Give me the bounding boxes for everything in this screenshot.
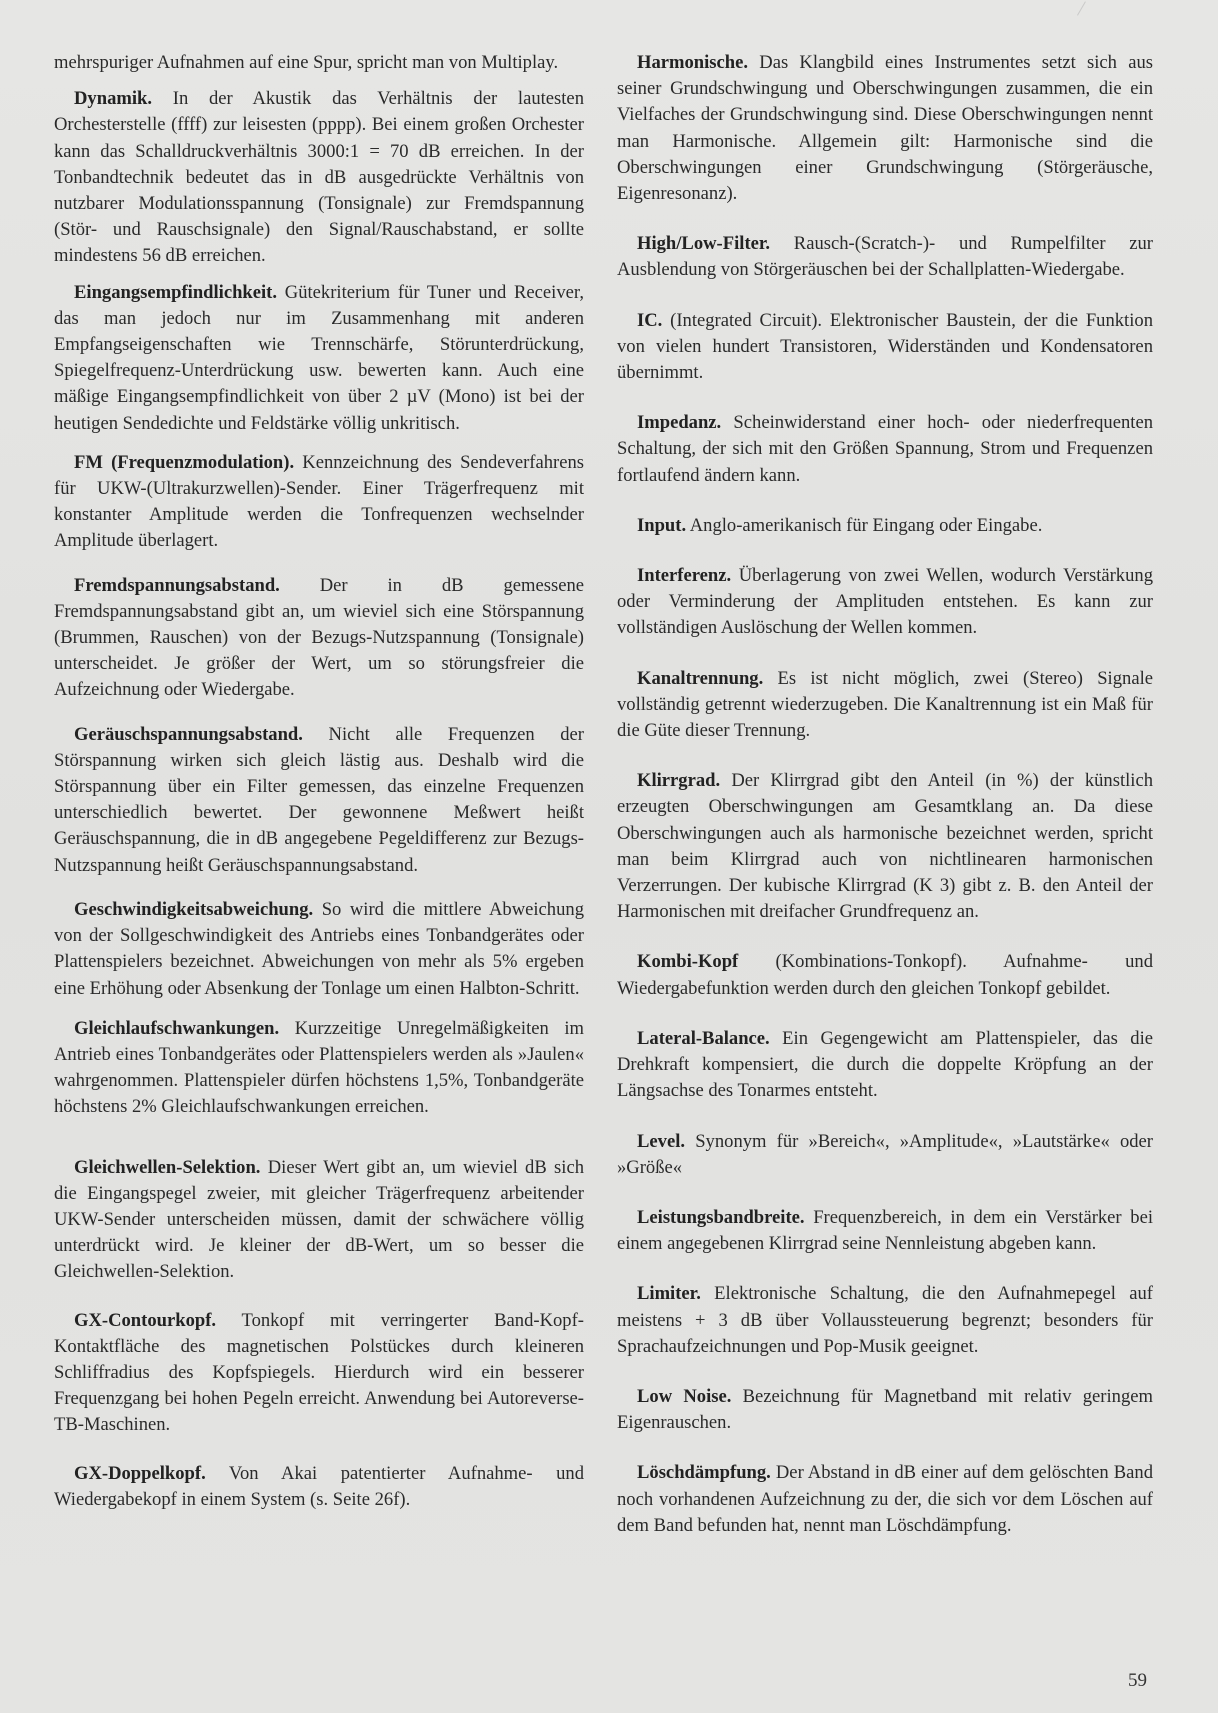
glossary-entry-fremdspannungsabstand: Fremdspannungsabstand. Der in dB gemesse… [54, 573, 584, 704]
glossary-entry-gleichwellen-selektion: Gleichwellen-Selektion. Dieser Wert gibt… [54, 1155, 584, 1286]
glossary-entry-impedanz: Impedanz. Scheinwiderstand einer hoch- o… [617, 410, 1153, 489]
entry-term: Limiter. [637, 1283, 701, 1304]
entry-text: Der Klirrgrad gibt den Anteil (in %) der… [617, 770, 1153, 922]
entry-text: mehrspuriger Aufnahmen auf eine Spur, sp… [54, 52, 558, 73]
glossary-entry-kombi-kopf: Kombi-Kopf (Kombinations-Tonkopf). Aufna… [617, 949, 1153, 1001]
glossary-entry-interferenz: Interferenz. Überlagerung von zwei Welle… [617, 563, 1153, 642]
entry-term: Klirrgrad. [637, 770, 720, 791]
entry-term: Dynamik. [74, 88, 152, 109]
entry-text: In der Akustik das Verhältnis der lautes… [54, 88, 584, 266]
glossary-entry-multiplay-continuation: mehrspuriger Aufnahmen auf eine Spur, sp… [54, 50, 584, 76]
entry-term: Löschdämpfung. [637, 1462, 771, 1483]
entry-term: IC. [637, 310, 662, 331]
pencil-mark [1077, 1, 1098, 22]
glossary-entry-high-low-filter: High/Low-Filter. Rausch-(Scratch-)- und … [617, 231, 1153, 283]
entry-term: Fremdspannungsabstand. [74, 575, 280, 596]
glossary-entry-leistungsbandbreite: Leistungsbandbreite. Frequenzbereich, in… [617, 1205, 1153, 1257]
entry-text: Das Klangbild eines Instrumentes setzt s… [617, 52, 1153, 204]
glossary-entry-klirrgrad: Klirrgrad. Der Klirrgrad gibt den Anteil… [617, 768, 1153, 925]
entry-term: Kanaltrennung. [637, 668, 763, 689]
entry-text: Anglo-amerikanisch für Eingang oder Eing… [686, 515, 1042, 536]
entry-term: Eingangsempfindlichkeit. [74, 282, 277, 303]
document-page: mehrspuriger Aufnahmen auf eine Spur, sp… [0, 0, 1218, 1713]
glossary-entry-lateral-balance: Lateral-Balance. Ein Gegengewicht am Pla… [617, 1026, 1153, 1105]
entry-term: Gleichwellen-Selektion. [74, 1157, 260, 1178]
right-column: Harmonische. Das Klangbild eines Instrum… [617, 50, 1153, 1539]
entry-term: Gleichlaufschwankungen. [74, 1018, 279, 1039]
glossary-entry-fm: FM (Frequenzmodulation). Kennzeichnung d… [54, 450, 584, 555]
glossary-entry-low-noise: Low Noise. Bezeichnung für Magnetband mi… [617, 1384, 1153, 1436]
entry-term: Lateral-Balance. [637, 1028, 770, 1049]
glossary-entry-ic: IC. (Integrated Circuit). Elektronischer… [617, 308, 1153, 387]
glossary-entry-limiter: Limiter. Elektronische Schaltung, die de… [617, 1281, 1153, 1360]
glossary-entry-gleichlaufschwankungen: Gleichlaufschwankungen. Kurzzeitige Unre… [54, 1016, 584, 1121]
glossary-entry-harmonische: Harmonische. Das Klangbild eines Instrum… [617, 50, 1153, 207]
left-column: mehrspuriger Aufnahmen auf eine Spur, sp… [54, 50, 584, 1513]
entry-term: Geräuschspannungsabstand. [74, 724, 303, 745]
entry-term: Leistungsbandbreite. [637, 1207, 805, 1228]
glossary-entry-gx-doppelkopf: GX-Doppelkopf. Von Akai patentierter Auf… [54, 1461, 584, 1513]
entry-term: Kombi-Kopf [637, 951, 738, 972]
glossary-entry-dynamik: Dynamik. In der Akustik das Verhältnis d… [54, 86, 584, 269]
entry-text: (Integrated Circuit). Elektronischer Bau… [617, 310, 1153, 383]
entry-term: Low Noise. [637, 1386, 731, 1407]
glossary-entry-loeschdaempfung: Löschdämpfung. Der Abstand in dB einer a… [617, 1460, 1153, 1539]
glossary-entry-eingangsempfindlichkeit: Eingangsempfindlichkeit. Gütekriterium f… [54, 280, 584, 437]
entry-term: Geschwindigkeitsabweichung. [74, 899, 313, 920]
entry-term: Harmonische. [637, 52, 748, 73]
entry-text: Nicht alle Frequenzen der Störspannung w… [54, 724, 584, 876]
entry-text: Gütekriterium für Tuner und Receiver, da… [54, 282, 584, 434]
entry-term: GX-Doppelkopf. [74, 1463, 206, 1484]
entry-term: FM (Frequenzmodulation). [74, 452, 294, 473]
glossary-entry-kanaltrennung: Kanaltrennung. Es ist nicht möglich, zwe… [617, 666, 1153, 745]
entry-term: Interferenz. [637, 565, 731, 586]
glossary-entry-input: Input. Anglo-amerikanisch für Eingang od… [617, 513, 1153, 539]
entry-term: High/Low-Filter. [637, 233, 770, 254]
glossary-entry-level: Level. Synonym für »Bereich«, »Amplitude… [617, 1129, 1153, 1181]
page-number: 59 [1128, 1670, 1147, 1692]
glossary-entry-gx-contourkopf: GX-Contourkopf. Tonkopf mit verringerter… [54, 1308, 584, 1439]
entry-text: Synonym für »Bereich«, »Amplitude«, »Lau… [617, 1131, 1153, 1178]
glossary-entry-geschwindigkeitsabweichung: Geschwindigkeitsabweichung. So wird die … [54, 897, 584, 1002]
entry-term: Input. [637, 515, 686, 536]
entry-term: GX-Contourkopf. [74, 1310, 216, 1331]
entry-term: Impedanz. [637, 412, 721, 433]
glossary-entry-geraeuschspannungsabstand: Geräuschspannungsabstand. Nicht alle Fre… [54, 722, 584, 879]
entry-term: Level. [637, 1131, 685, 1152]
